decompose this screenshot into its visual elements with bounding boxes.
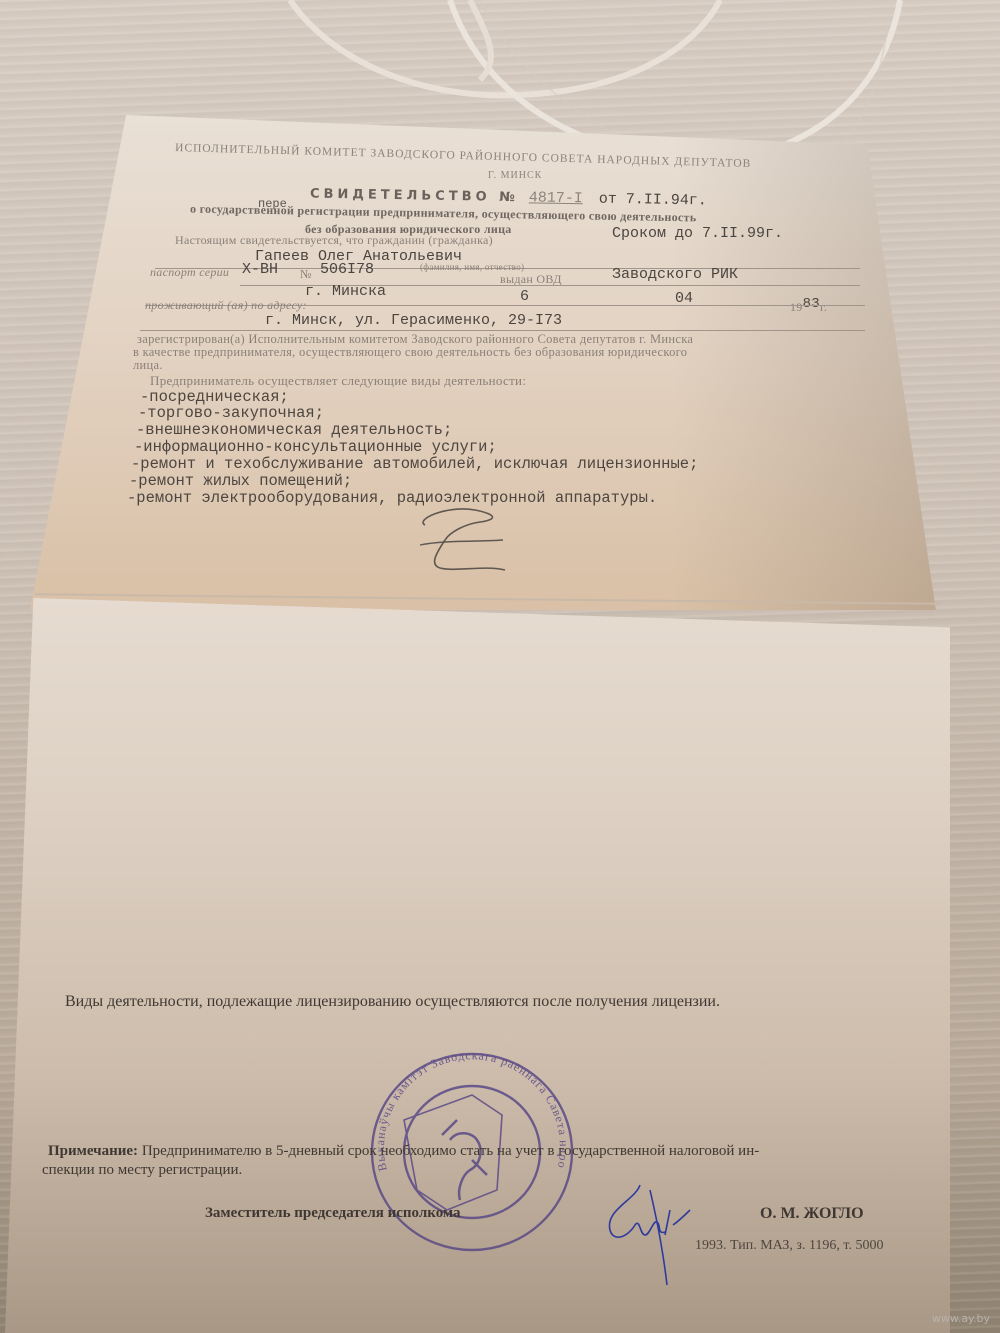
issued-city: г. Минска [305,283,386,300]
passport-number: 506I78 [320,261,374,278]
list-item: -информационно-консультационные услуги; [134,438,497,456]
registered-line-3: лица. [133,358,163,373]
remark-label: Примечание: [48,1143,138,1159]
certifies-label: Настоящим свидетельствуется, что граждан… [175,233,493,248]
issued-by-value: Заводского РИК [612,266,738,283]
certificate-title: СВИДЕТЕЛЬСТВО № [310,187,519,206]
signature-icon [595,1180,705,1290]
print-info: 1993. Тип. МАЗ, з. 1196, т. 5000 [695,1238,884,1254]
registered-line-2: в качестве предпринимателя, осуществляющ… [133,345,687,360]
certificate-date: от 7.II.94г. [599,191,707,210]
address-label: проживающий (ая) по адресу: [145,298,307,313]
remark-line-1: Примечание: Предпринимателю в 5-дневный … [48,1143,759,1160]
passport-series: X-BH [242,261,278,278]
issued-year: 83 [803,296,820,312]
certificate-number: 4817-I [529,189,583,207]
passport-label: паспорт серии [150,265,229,280]
watermark: www.ay.by [932,1312,990,1325]
signatory-name: О. М. ЖОГЛО [760,1205,864,1223]
list-item: -внешнеэкономическая деятельность; [136,421,452,439]
name-caption: (фамилия, имя, отчество) [420,262,524,272]
issuer-line-2: г. Минск [488,170,542,181]
list-item: -ремонт жилых помещений; [129,472,352,490]
signatory-title: Заместитель председателя исполкома [205,1205,461,1222]
remark-line-2: спекции по месту регистрации. [42,1162,242,1179]
activities-intro: Предприниматель осуществляет следующие в… [150,373,526,389]
validity-period: Сроком до 7.II.99г. [612,225,783,242]
licensing-note: Виды деятельности, подлежащие лицензиров… [65,993,720,1011]
closing-z-mark-icon [405,500,515,580]
list-item: -торгово-закупочная; [138,404,324,422]
list-item: -ремонт электрооборудования, радиоэлектр… [127,489,657,507]
issued-day: 6 [520,288,529,305]
list-item: -ремонт и техобслуживание автомобилей, и… [131,455,698,473]
address-value: г. Минск, ул. Герасименко, 29-I73 [265,312,562,329]
